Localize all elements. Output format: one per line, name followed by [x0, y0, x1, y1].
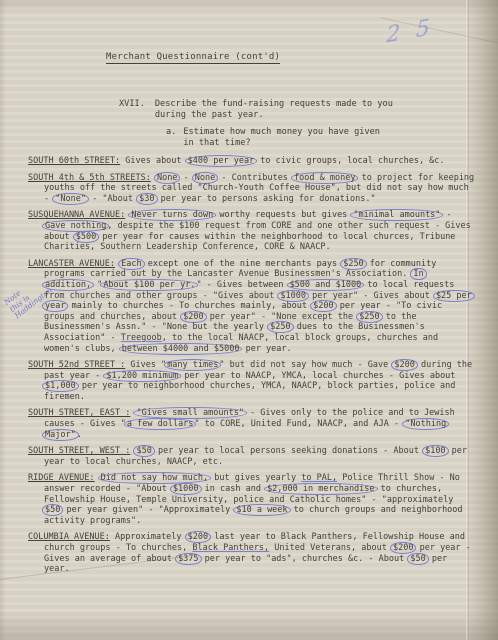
typed-text: but gives yearly: [209, 473, 301, 483]
question-xvii: XVII. Describe the fund-raising requests…: [119, 99, 397, 121]
typed-text: per year" - "None except the: [205, 312, 359, 322]
pen-circled-text: $500 and $1000: [287, 279, 365, 291]
question-number: XVII.: [119, 99, 145, 121]
document-title: Merchant Questionnaire (cont'd): [106, 52, 280, 64]
pen-underlined-text: Black Panthers,: [192, 543, 269, 553]
sub-question-text: Estimate how much money you have given i…: [183, 127, 388, 149]
scanned-document-page: 25 Merchant Questionnaire (cont'd) XVII.…: [0, 0, 498, 640]
pen-circled-text: "minimal amounts": [350, 209, 443, 221]
pen-circled-text: $200: [391, 359, 417, 371]
pen-underlined-text: Treegoob: [121, 333, 162, 343]
pen-circled-text: Did not say how much,: [98, 472, 211, 484]
pen-circled-text: "None": [52, 193, 89, 205]
typed-text: .: [77, 430, 82, 440]
entry: SOUTH 4th & 5th STREETS: None - None - C…: [28, 173, 475, 205]
entry-heading: SOUTH 52nd STREET :: [28, 360, 125, 370]
entry: SOUTH STREET, EAST : "Gives small amount…: [28, 408, 475, 440]
typed-text: Approximately: [110, 532, 187, 542]
question-xvii-a: a. Estimate how much money you have give…: [166, 127, 388, 149]
typed-text: -: [441, 210, 451, 220]
entry: COLUMBIA AVENUE: Approximately $200 last…: [28, 532, 475, 574]
entry: SOUTH 52nd STREET : Gives "many times" b…: [28, 360, 475, 402]
pen-circled-text: $200: [180, 311, 206, 323]
entries: SOUTH 60th STREET: Gives about $400 per …: [28, 156, 475, 581]
pen-circled-text: $400 per year: [185, 155, 258, 167]
typed-text: to civic groups, local churches, &c.: [255, 156, 444, 166]
entry-heading: SOUTH 60th STREET:: [28, 156, 120, 166]
pen-circled-text: $1,000: [42, 380, 79, 392]
typed-text: in cash and: [200, 484, 267, 494]
pen-circled-text: $10 a week: [233, 504, 290, 516]
typed-text: per year for causes within the neighborh…: [44, 232, 455, 253]
handwritten-page-number: 25: [386, 13, 446, 49]
pen-circled-text: $50: [407, 553, 428, 565]
typed-text: per year to neighborhood churches, YMCA,…: [44, 381, 455, 402]
typed-text: except one of the nine merchants pays: [143, 259, 343, 269]
typed-text: Gives about: [120, 156, 187, 166]
sub-question-number: a.: [166, 127, 176, 149]
pen-circled-text: $200: [390, 542, 416, 554]
entry-heading: SOUTH 4th & 5th STREETS:: [28, 173, 151, 183]
typed-text: United Veterans, about: [269, 543, 392, 553]
typed-text: per year to "ads", churches &c. - About: [200, 554, 410, 564]
pen-circled-text: $30: [136, 193, 157, 205]
entry: RIDGE AVENUE: Did not say how much, but …: [28, 473, 475, 526]
typed-text: per year" - Gives about: [307, 291, 435, 301]
entry-heading: LANCASTER AVENUE:: [28, 259, 115, 269]
typed-text: worthy requests but gives: [214, 210, 352, 220]
pen-circled-text: $2,000 in merchandise: [264, 483, 377, 495]
typed-text: " - Gives between: [196, 280, 288, 290]
pen-circled-text: food & money: [291, 172, 358, 184]
pen-circled-text: $1000: [277, 290, 309, 302]
typed-text: per year given" - "Approximately: [61, 505, 235, 515]
typed-text: per year to persons asking for donations…: [156, 194, 376, 204]
entry-heading: RIDGE AVENUE:: [28, 473, 95, 483]
entry-heading: SOUTH STREET, EAST :: [28, 408, 130, 418]
pen-circled-text: Gave nothing: [42, 220, 109, 232]
pen-circled-text: $375: [175, 553, 201, 565]
question-text: Describe the fund-raising requests made …: [155, 99, 397, 121]
entry-heading: COLUMBIA AVENUE:: [28, 532, 110, 542]
pen-circled-text: $200: [310, 300, 336, 312]
pen-circled-text: between $4000 and $5000: [119, 343, 243, 355]
entry: SOUTH 60th STREET: Gives about $400 per …: [28, 156, 475, 167]
pen-circled-text: Each: [118, 258, 144, 270]
pen-circled-text: $50: [133, 445, 154, 457]
pen-circled-text: Never turns down: [128, 209, 216, 221]
pen-circled-text: $250: [356, 311, 382, 323]
pen-circled-text: $250: [267, 321, 293, 333]
pen-circled-text: None: [154, 172, 180, 184]
pen-circled-text: a few dollars: [124, 418, 197, 430]
typed-text: - "About: [87, 194, 138, 204]
pen-circled-text: About $100 per yr.: [100, 279, 198, 291]
typed-text: Gives ": [125, 360, 166, 370]
typed-text: " to CORE, United Fund, NAACP, and AJA -: [194, 419, 404, 429]
entry-heading: SUSQUEHANNA AVENUE:: [28, 210, 125, 220]
typed-text: per year to local persons seeking donati…: [153, 446, 424, 456]
entry: SUSQUEHANNA AVENUE: Never turns down wor…: [28, 210, 475, 252]
pen-circled-text: $200: [185, 531, 211, 543]
pen-circled-text: $500: [73, 231, 99, 243]
pen-circled-text: None: [192, 172, 218, 184]
entry: LANCASTER AVENUE: Each except one of the…: [28, 259, 475, 354]
pen-underlined-text: to PAL,: [301, 473, 337, 483]
typed-text: per year.: [240, 344, 291, 354]
pen-circled-text: $250: [340, 258, 366, 270]
typed-text: per year to NAACP, YMCA, local churches …: [179, 371, 455, 381]
pen-circled-text: $1,200 minimum: [103, 370, 181, 382]
typed-text: mainly to churches - To churches mainly,…: [66, 301, 312, 311]
pen-circled-text: many times: [164, 359, 221, 371]
entry: SOUTH STREET, WEST : $50 per year to loc…: [28, 446, 475, 467]
entry-heading: SOUTH STREET, WEST :: [28, 446, 130, 456]
pen-circled-text: $100: [422, 445, 448, 457]
pen-circled-text: $1000: [170, 483, 202, 495]
typed-text: " but did not say how much - Gave: [219, 360, 393, 370]
typed-text: - Contributes: [216, 173, 293, 183]
